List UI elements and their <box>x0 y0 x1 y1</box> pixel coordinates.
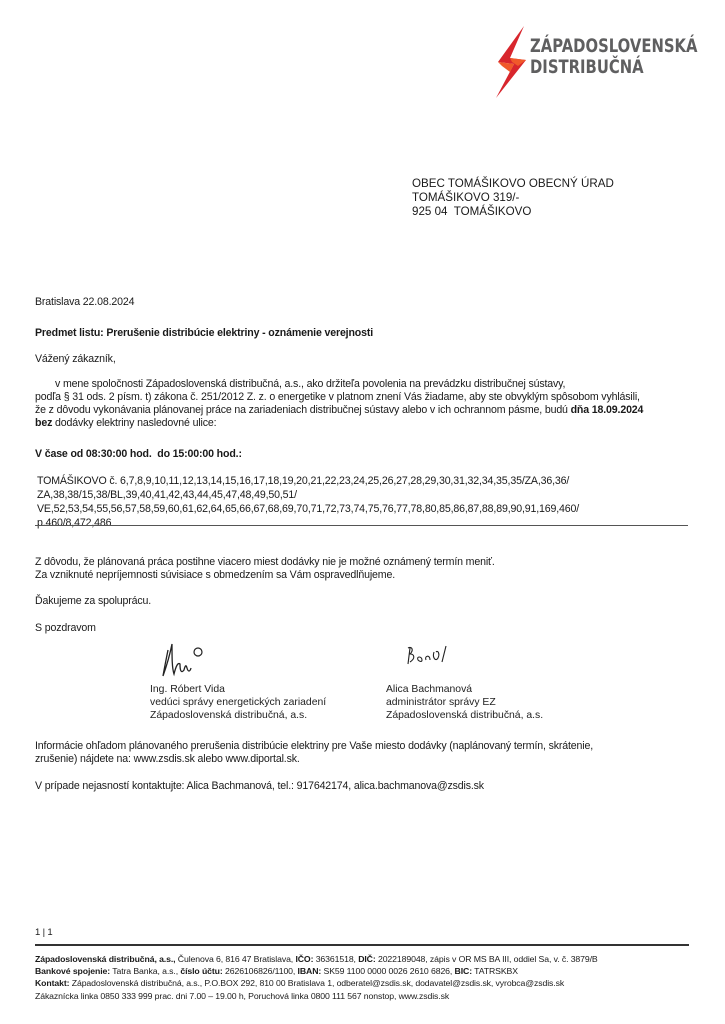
recipient-line-2: TOMÁŠIKOVO 319/- <box>412 191 614 205</box>
footer-text: Tatra Banka, a.s., <box>110 966 180 976</box>
footer-label: IČO: <box>295 954 313 964</box>
footer-line-2: Bankové spojenie: Tatra Banka, a.s., čís… <box>35 965 598 977</box>
body-line-3-text: že z dôvodu vykonávania plánovanej práce… <box>35 404 571 416</box>
streets-divider <box>35 525 688 526</box>
info-paragraph: Informácie ohľadom plánovaného prerušeni… <box>35 740 593 766</box>
body-line-2: podľa § 31 ods. 2 písm. t) zákona č. 251… <box>35 391 643 404</box>
closing-line-2: Za vzniknuté nepríjemnosti súvisiace s o… <box>35 569 495 582</box>
outage-date: dňa 18.09.2024 <box>571 404 644 416</box>
info-line-2: zrušenie) nájdete na: www.zsdis.sk alebo… <box>35 753 593 766</box>
signatory-role: administrátor správy EZ <box>386 696 543 709</box>
footer-text: 2626106826/1100, <box>223 966 298 976</box>
outage-time-range: V čase od 08:30:00 hod. do 15:00:00 hod.… <box>35 448 242 461</box>
signature-bachmanova-icon <box>404 640 464 672</box>
footer-label: Kontakt: <box>35 978 69 988</box>
footer-label: Bankové spojenie: <box>35 966 110 976</box>
date-line: Bratislava 22.08.2024 <box>35 296 134 309</box>
signatory-name: Ing. Róbert Vida <box>150 683 326 696</box>
logo-line-2: DISTRIBUČNÁ <box>530 57 698 78</box>
footer-text: SK59 1100 0000 0026 2610 6826, <box>321 966 454 976</box>
signatory-company: Západoslovenská distribučná, a.s. <box>386 709 543 722</box>
info-line-1: Informácie ohľadom plánovaného prerušeni… <box>35 740 593 753</box>
footer-label: BIC: <box>455 966 472 976</box>
body-line-4-text: dodávky elektriny nasledovné ulice: <box>52 417 216 429</box>
closing-paragraph: Z dôvodu, že plánovaná práca postihne vi… <box>35 556 495 582</box>
regards-line: S pozdravom <box>35 622 96 635</box>
page-number: 1 | 1 <box>35 926 53 939</box>
lightning-bolt-icon <box>492 26 528 98</box>
footer-label: číslo účtu: <box>180 966 222 976</box>
footer-text: TATRSKBX <box>472 966 518 976</box>
footer-text: Zákaznícka linka 0850 333 999 prac. dni … <box>35 991 449 1001</box>
footer-text: 36361518, <box>313 954 358 964</box>
logo-wordmark: ZÁPADOSLOVENSKÁ DISTRIBUČNÁ <box>530 36 698 78</box>
footer-text: 2022189048, zápis v OR MS BA III, oddiel… <box>376 954 598 964</box>
signature-vida-icon <box>160 640 210 680</box>
signatory-company: Západoslovenská distribučná, a.s. <box>150 709 326 722</box>
footer-label: Západoslovenská distribučná, a.s., <box>35 954 175 964</box>
footer-text: Západoslovenská distribučná, a.s., P.O.B… <box>69 978 564 988</box>
recipient-address: OBEC TOMÁŠIKOVO OBECNÝ ÚRAD TOMÁŠIKOVO 3… <box>412 177 614 219</box>
company-logo: ZÁPADOSLOVENSKÁ DISTRIBUČNÁ <box>492 26 722 98</box>
logo-line-1: ZÁPADOSLOVENSKÁ <box>530 36 698 57</box>
body-line-1: v mene spoločnosti Západoslovenská distr… <box>35 378 643 391</box>
body-paragraph: v mene spoločnosti Západoslovenská distr… <box>35 378 643 430</box>
signatory-name: Alica Bachmanová <box>386 683 543 696</box>
body-line-3: že z dôvodu vykonávania plánovanej práce… <box>35 404 643 417</box>
street-line: VE,52,53,54,55,56,57,58,59,60,61,62,64,6… <box>37 502 687 516</box>
body-line-4: bez dodávky elektriny nasledovné ulice: <box>35 417 643 430</box>
salutation: Vážený zákazník, <box>35 353 116 366</box>
street-line: ZA,38,38/15,38/BL,39,40,41,42,43,44,45,4… <box>37 488 687 502</box>
footer-text: Čulenova 6, 816 47 Bratislava, <box>175 954 295 964</box>
body-line-4-bold: bez <box>35 417 52 429</box>
footer-divider <box>35 944 689 946</box>
footer-label: IBAN: <box>298 966 322 976</box>
recipient-line-1: OBEC TOMÁŠIKOVO OBECNÝ ÚRAD <box>412 177 614 191</box>
signatory-bachmanova: Alica Bachmanová administrátor správy EZ… <box>386 683 543 722</box>
thanks-line: Ďakujeme za spoluprácu. <box>35 595 151 608</box>
recipient-line-3: 925 04 TOMÁŠIKOVO <box>412 205 614 219</box>
subject-line: Predmet listu: Prerušenie distribúcie el… <box>35 327 373 340</box>
footer-line-1: Západoslovenská distribučná, a.s., Čulen… <box>35 953 598 965</box>
street-line: TOMÁŠIKOVO č. 6,7,8,9,10,11,12,13,14,15,… <box>37 474 687 488</box>
footer-label: DIČ: <box>358 954 375 964</box>
footer-line-4: Zákaznícka linka 0850 333 999 prac. dni … <box>35 990 598 1002</box>
affected-streets: TOMÁŠIKOVO č. 6,7,8,9,10,11,12,13,14,15,… <box>37 474 687 530</box>
signatory-role: vedúci správy energetických zariadení <box>150 696 326 709</box>
signatory-vida: Ing. Róbert Vida vedúci správy energetic… <box>150 683 326 722</box>
street-line: p.460/8,472,486 <box>37 516 687 530</box>
footer: Západoslovenská distribučná, a.s., Čulen… <box>35 953 598 1002</box>
contact-line: V prípade nejasností kontaktujte: Alica … <box>35 780 484 793</box>
footer-line-3: Kontakt: Západoslovenská distribučná, a.… <box>35 977 598 989</box>
closing-line-1: Z dôvodu, že plánovaná práca postihne vi… <box>35 556 495 569</box>
